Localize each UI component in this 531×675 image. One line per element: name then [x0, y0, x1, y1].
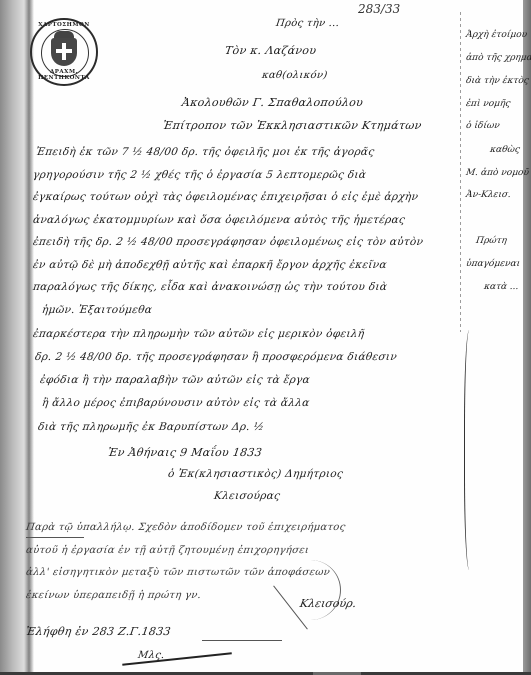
- margin-rule-line: [460, 12, 461, 332]
- stamp-top-text: ΧΑΡΤΟΣΗΜΟΝ: [32, 22, 96, 28]
- body-line: ἐπαρκέστερα τὴν πληρωμὴν τῶν αὐτῶν εἰς μ…: [32, 328, 365, 340]
- margin-note: ὁ ἰδίων: [465, 121, 500, 131]
- body-line: ἐν αὐτῷ δὲ μὴ ἀποδεχθῇ αὐτῆς καὶ ἐπαρκῆ …: [32, 259, 387, 271]
- underline: [202, 640, 282, 641]
- margin-note: Ἀρχὴ ἐτοίμου: [465, 30, 527, 40]
- header-line: Ἐπίτροπον τῶν Ἐκκλησιαστικῶν Κτημάτων: [162, 119, 422, 132]
- scan-right-edge: [523, 0, 531, 675]
- scanned-document-page: ΧΑΡΤΟΣΗΜΟΝ ΔΡΑΧΜ. ΠΕΝΤΗΚΟΝΤΑ 283/33 Πρὸς…: [0, 0, 531, 675]
- body-line: Ἐπειδὴ ἐκ τῶν 7 ½ 48/00 δρ. τῆς ὀφειλῆς …: [35, 146, 375, 158]
- margin-note: διὰ τὴν ἐκτὸς: [465, 76, 529, 86]
- registry-number-line: Ἐλήφθη ἐν 283 Ζ.Γ.1833: [25, 625, 172, 638]
- header-line: Ἀκολουθῶν Γ. Σπαθαλοπούλου: [181, 96, 364, 109]
- pen-stroke-arc: [280, 560, 341, 620]
- body-line: ἐπειδὴ τῆς δρ. 2 ½ 48/00 προσεγράφησαν ὀ…: [32, 236, 424, 248]
- header-line: καθ(ολικόν): [261, 70, 328, 81]
- footer-signature: Κλεισούρ.: [299, 597, 357, 610]
- margin-note: ἀπὸ τῆς χρηματ.: [465, 53, 531, 63]
- margin-note: Ἀν-Κλεισ.: [465, 190, 511, 200]
- footer-note-line: ἐκείνων ὑπεραπειδῇ ἡ πρώτη γν.: [25, 590, 202, 601]
- underline: [26, 537, 84, 538]
- margin-note: Πρώτη: [475, 236, 507, 246]
- margin-note: καθὼς: [489, 145, 520, 155]
- body-line: ἐφόδια ἢ τὴν παραλαβὴν τῶν αὐτῶν εἰς τὰ …: [39, 374, 311, 386]
- cross-shield-icon: [51, 38, 77, 66]
- footer-note-line: αὐτοῦ ἡ ἐργασία ἐν τῇ αὐτῇ ζητουμένῃ ἐπι…: [25, 545, 310, 556]
- body-line: γρηγορούσιν τῆς 2 ½ χθές τῆς ὁ ἐργασία 5…: [32, 169, 367, 181]
- body-line: ἡμῶν. Ἐξαιτούμεθα: [41, 304, 153, 316]
- body-line: παραλόγως τῆς δίκης, εἶδα καὶ ἀνακοινώσῃ…: [32, 281, 388, 293]
- body-line: ἐγκαίρως τούτων οὐχὶ τὰς ὀφειλομένας ἐπι…: [32, 191, 419, 203]
- header-line: Πρὸς τὴν ...: [275, 18, 340, 29]
- footer-note-line: Παρὰ τῷ ὑπαλλήλῳ. Σχεδὸν ἀποδίδομεν τοῦ …: [25, 522, 346, 533]
- margin-note: ὑπαγόμεναι: [465, 259, 520, 269]
- signature-line: Κλεισούρας: [213, 490, 281, 502]
- body-line: ἢ ἄλλο μέρος ἐπιβαρύνουσιν αὐτὸν εἰς τὰ …: [41, 397, 310, 409]
- body-line: ἀναλόγως ἐκατομμυρίων καὶ ὅσα ὀφειλόμενα…: [32, 214, 406, 226]
- bottom-signature: Μλς.: [137, 650, 165, 661]
- margin-note: ἐπὶ νομῆς: [465, 99, 511, 109]
- body-line: δρ. 2 ½ 48/00 δρ. τῆς προσεγράφησαν ἢ πρ…: [34, 351, 398, 363]
- margin-note: Μ. ἀπὸ νομοῦ: [465, 168, 529, 178]
- margin-note: κατὰ ...: [483, 282, 519, 292]
- header-line: Τὸν κ. Λαζάνου: [224, 44, 317, 57]
- date-line: Ἐν Ἀθήναις 9 Μαΐου 1833: [107, 446, 263, 459]
- signature-line: ὁ Ἐκ(κλησιαστικὸς) Δημήτριος: [167, 468, 344, 480]
- stamp-bottom-text: ΔΡΑΧΜ. ΠΕΝΤΗΚΟΝΤΑ: [32, 69, 96, 81]
- margin-brace-line: [464, 330, 477, 570]
- revenue-stamp-seal: ΧΑΡΤΟΣΗΜΟΝ ΔΡΑΧΜ. ΠΕΝΤΗΚΟΝΤΑ: [30, 18, 98, 86]
- reference-number: 283/33: [358, 2, 400, 16]
- body-line: διὰ τῆς πληρωμῆς ἐκ Βαρυπίστων Δρ. ½: [37, 421, 265, 433]
